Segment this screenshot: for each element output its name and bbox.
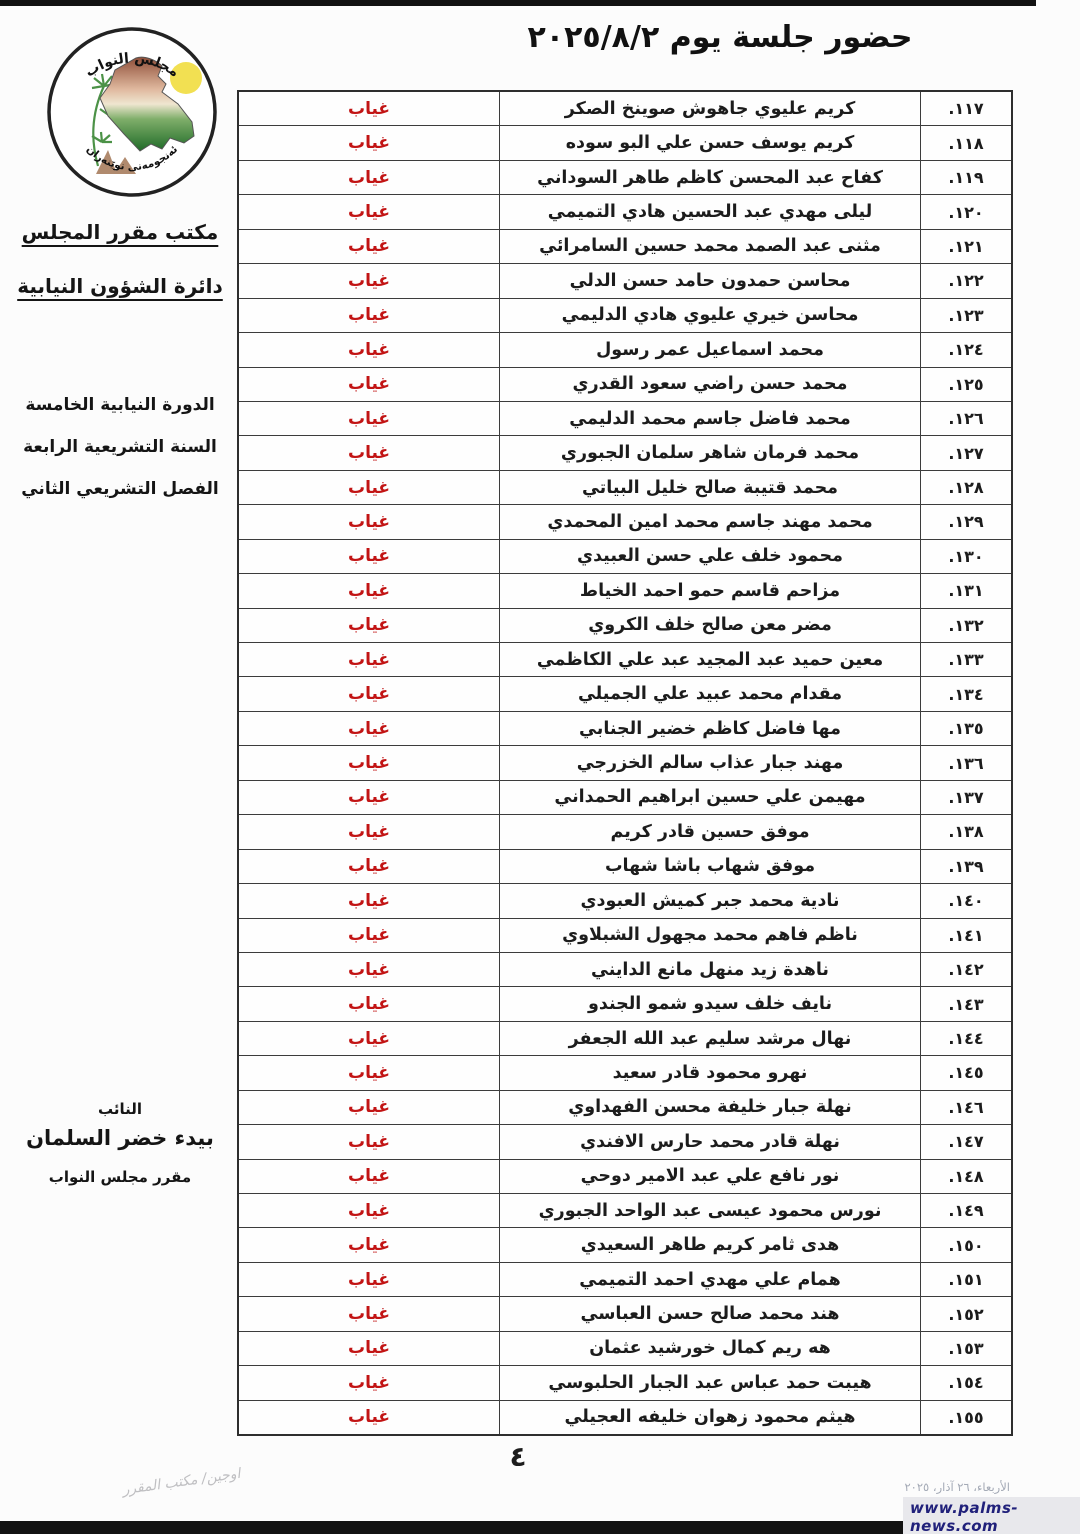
news-site-watermark: www.palms-news.com [903,1497,1080,1534]
row-number: ١٣٦. [920,746,1011,779]
attendance-status: غياب [239,402,499,435]
member-name: هه ريم كمال خورشيد عثمان [499,1332,920,1365]
table-row: ١٤٤. نهال مرشد سليم عبد الله الجعفر غياب [239,1022,1011,1056]
attendance-status: غياب [239,1263,499,1296]
member-name: مقدام محمد عبيد علي الجميلي [499,677,920,710]
legislative-chapter-label: الفصل التشريعي الثاني [5,474,235,516]
member-name: محاسن خيري عليوي هادي الدليمي [499,299,920,332]
table-row: ١٤٨. نور نافع علي عبد الامير دوحي غياب [239,1160,1011,1194]
member-name: معين حميد عبد المجيد عبد علي الكاظمي [499,643,920,676]
parliamentary-term-label: الدورة النيابية الخامسة [5,390,235,432]
row-number: ١٥١. [920,1263,1011,1296]
attendance-status: غياب [239,1228,499,1261]
attendance-status: غياب [239,299,499,332]
member-name: مهند جبار عذاب سالم الخزرجي [499,746,920,779]
attendance-status: غياب [239,92,499,125]
attendance-status: غياب [239,746,499,779]
attendance-status: غياب [239,815,499,848]
row-number: ١٢١. [920,230,1011,263]
member-name: نهرو محمود قادر سعيد [499,1056,920,1089]
table-row: ١٢٥. محمد حسن راضي سعود القدري غياب [239,368,1011,402]
handwritten-note: اوجين/ مكتب المقرر [121,1466,241,1498]
attendance-table: ١١٧. كريم عليوي جاهوش صوينخ الصكر غياب ١… [237,90,1013,1436]
row-number: ١٢٠. [920,195,1011,228]
member-name: مضر معن صالح خلف الكروي [499,609,920,642]
table-row: ١٣٦. مهند جبار عذاب سالم الخزرجي غياب [239,746,1011,780]
attendance-status: غياب [239,609,499,642]
row-number: ١٤٤. [920,1022,1011,1055]
table-row: ١٥٣. هه ريم كمال خورشيد عثمان غياب [239,1332,1011,1366]
attendance-status: غياب [239,264,499,297]
table-row: ١٥٥. هيثم محمود زهوان خليفه العجيلي غياب [239,1401,1011,1434]
page-number: ٤ [478,1440,558,1473]
row-number: ١٢٦. [920,402,1011,435]
member-name: نهلة قادر محمد حارس الافندي [499,1125,920,1158]
table-row: ١٣٧. مهيمن علي حسين ابراهيم الحمداني غيا… [239,781,1011,815]
row-number: ١٣٩. [920,850,1011,883]
member-name: محمود خلف علي حسن العبيدي [499,540,920,573]
member-name: نهال مرشد سليم عبد الله الجعفر [499,1022,920,1055]
row-number: ١٢٥. [920,368,1011,401]
member-name: ليلى مهدي عبد الحسين هادي التميمي [499,195,920,228]
attendance-status: غياب [239,1366,499,1399]
member-name: مزاحم قاسم حمو احمد الخياط [499,574,920,607]
member-name: ناظم فاهم محمد مجهول الشبلاوي [499,919,920,952]
row-number: ١٢٨. [920,471,1011,504]
row-number: ١٤٧. [920,1125,1011,1158]
row-number: ١٥٢. [920,1297,1011,1330]
attendance-status: غياب [239,712,499,745]
table-row: ١٣١. مزاحم قاسم حمو احمد الخياط غياب [239,574,1011,608]
member-name: موفق حسين قادر كريم [499,815,920,848]
table-row: ١٤٣. نايف خلف سيدو شمو الجندو غياب [239,987,1011,1021]
attendance-status: غياب [239,1401,499,1434]
row-number: ١٤٩. [920,1194,1011,1227]
table-row: ١٢٧. محمد فرمان شاهر سلمان الجبوري غياب [239,436,1011,470]
attendance-status: غياب [239,1297,499,1330]
attendance-status: غياب [239,677,499,710]
table-row: ١٣٣. معين حميد عبد المجيد عبد علي الكاظم… [239,643,1011,677]
row-number: ١١٩. [920,161,1011,194]
member-name: نادية محمد جبر كميش العبودي [499,884,920,917]
member-name: هدى ثامر كريم طاهر السعيدي [499,1228,920,1261]
attendance-status: غياب [239,953,499,986]
member-name: محمد فرمان شاهر سلمان الجبوري [499,436,920,469]
table-row: ١٤٧. نهلة قادر محمد حارس الافندي غياب [239,1125,1011,1159]
attendance-status: غياب [239,230,499,263]
row-number: ١٣١. [920,574,1011,607]
table-row: ١٤٥. نهرو محمود قادر سعيد غياب [239,1056,1011,1090]
table-row: ١٥١. همام علي مهدي احمد التميمي غياب [239,1263,1011,1297]
row-number: ١٥٤. [920,1366,1011,1399]
attendance-status: غياب [239,1194,499,1227]
member-name: هند محمد صالح حسن العباسي [499,1297,920,1330]
attendance-status: غياب [239,1091,499,1124]
table-row: ١٢٤. محمد اسماعيل عمر رسول غياب [239,333,1011,367]
row-number: ١٤٨. [920,1160,1011,1193]
scan-date-note: الأربعاء، ٢٦ آذار، ٢٠٢٥ [904,1480,1010,1494]
attendance-status: غياب [239,333,499,366]
member-name: نايف خلف سيدو شمو الجندو [499,987,920,1020]
attendance-status: غياب [239,1056,499,1089]
table-row: ١١٨. كريم يوسف حسن علي البو سوده غياب [239,126,1011,160]
attendance-status: غياب [239,368,499,401]
member-name: هيبت حمد عباس عبد الجبار الحلبوسي [499,1366,920,1399]
table-row: ١٣٥. مها فاضل كاظم خضير الجنابي غياب [239,712,1011,746]
member-name: محمد اسماعيل عمر رسول [499,333,920,366]
attendance-status: غياب [239,781,499,814]
row-number: ١٣٤. [920,677,1011,710]
attendance-status: غياب [239,850,499,883]
legislative-year-label: السنة التشريعية الرابعة [5,432,235,474]
table-row: ١٢٠. ليلى مهدي عبد الحسين هادي التميمي غ… [239,195,1011,229]
scanned-attendance-document: { "header": { "title": "حضور جلسة يوم ٢٠… [0,0,1080,1534]
table-row: ١٣٩. موفق شهاب باشا شهاب غياب [239,850,1011,884]
table-row: ١٣٠. محمود خلف علي حسن العبيدي غياب [239,540,1011,574]
attendance-status: غياب [239,195,499,228]
table-row: ١٣٢. مضر معن صالح خلف الكروي غياب [239,609,1011,643]
attendance-status: غياب [239,1332,499,1365]
table-row: ١٤٩. نورس محمود عيسى عبد الواحد الجبوري … [239,1194,1011,1228]
parliament-logo-icon: مجلس النواب ئه‌نجومه‌نی نوێنه‌ران [44,24,220,200]
attendance-status: غياب [239,436,499,469]
row-number: ١٣٥. [920,712,1011,745]
row-number: ١٢٣. [920,299,1011,332]
table-row: ١٤٢. ناهدة زيد منهل مانع الدايني غياب [239,953,1011,987]
row-number: ١٥٣. [920,1332,1011,1365]
member-name: كريم يوسف حسن علي البو سوده [499,126,920,159]
member-name: محمد حسن راضي سعود القدري [499,368,920,401]
member-name: مهيمن علي حسين ابراهيم الحمداني [499,781,920,814]
row-number: ١٣٢. [920,609,1011,642]
table-row: ١٥٤. هيبت حمد عباس عبد الجبار الحلبوسي غ… [239,1366,1011,1400]
row-number: ١٤٠. [920,884,1011,917]
row-number: ١٣٨. [920,815,1011,848]
table-row: ١١٩. كفاح عبد المحسن كاظم طاهر السوداني … [239,161,1011,195]
attendance-status: غياب [239,1160,499,1193]
member-name: مها فاضل كاظم خضير الجنابي [499,712,920,745]
table-row: ١٢٩. محمد مهند جاسم محمد امين المحمدي غي… [239,505,1011,539]
row-number: ١٢٤. [920,333,1011,366]
row-number: ١٤٦. [920,1091,1011,1124]
table-row: ١٥٢. هند محمد صالح حسن العباسي غياب [239,1297,1011,1331]
attendance-status: غياب [239,919,499,952]
member-name: هيثم محمود زهوان خليفه العجيلي [499,1401,920,1434]
row-number: ١١٨. [920,126,1011,159]
attendance-status: غياب [239,1125,499,1158]
row-number: ١٣٧. [920,781,1011,814]
row-number: ١٤١. [920,919,1011,952]
member-name: ناهدة زيد منهل مانع الدايني [499,953,920,986]
attendance-status: غياب [239,884,499,917]
member-name: محمد فاضل جاسم محمد الدليمي [499,402,920,435]
attendance-status: غياب [239,471,499,504]
row-number: ١٢٧. [920,436,1011,469]
table-row: ١٣٨. موفق حسين قادر كريم غياب [239,815,1011,849]
row-number: ١٣٣. [920,643,1011,676]
row-number: ١٥٠. [920,1228,1011,1261]
table-row: ١٢٢. محاسن حمدون حامد حسن الدلي غياب [239,264,1011,298]
attendance-status: غياب [239,505,499,538]
table-row: ١١٧. كريم عليوي جاهوش صوينخ الصكر غياب [239,92,1011,126]
attendance-status: غياب [239,126,499,159]
row-number: ١٣٠. [920,540,1011,573]
member-name: كفاح عبد المحسن كاظم طاهر السوداني [499,161,920,194]
attendance-status: غياب [239,574,499,607]
table-row: ١٢٣. محاسن خيري عليوي هادي الدليمي غياب [239,299,1011,333]
page-title: حضور جلسة يوم ٢٠٢٥/٨/٢ [440,20,1000,55]
parliamentary-affairs-dept-label: دائرة الشؤون النيابية [5,274,235,298]
member-name: مثنى عبد الصمد محمد حسين السامرائي [499,230,920,263]
member-name: نور نافع علي عبد الامير دوحي [499,1160,920,1193]
member-name: محمد قتيبة صالح خليل البياتي [499,471,920,504]
member-name: كريم عليوي جاهوش صوينخ الصكر [499,92,920,125]
attendance-status: غياب [239,987,499,1020]
signatory-role: مقرر مجلس النواب [5,1168,235,1186]
signatory-title: النائب [5,1100,235,1118]
attendance-status: غياب [239,643,499,676]
table-row: ١٤١. ناظم فاهم محمد مجهول الشبلاوي غياب [239,919,1011,953]
row-number: ١٢٩. [920,505,1011,538]
member-name: محاسن حمدون حامد حسن الدلي [499,264,920,297]
member-name: همام علي مهدي احمد التميمي [499,1263,920,1296]
top-scan-bar [0,0,1036,6]
attendance-status: غياب [239,540,499,573]
table-row: ١٢٨. محمد قتيبة صالح خليل البياتي غياب [239,471,1011,505]
office-of-rapporteur-label: مكتب مقرر المجلس [5,220,235,244]
table-row: ١٥٠. هدى ثامر كريم طاهر السعيدي غياب [239,1228,1011,1262]
table-row: ١٣٤. مقدام محمد عبيد علي الجميلي غياب [239,677,1011,711]
row-number: ١٥٥. [920,1401,1011,1434]
member-name: نهلة جبار خليفة محسن الفهداوي [499,1091,920,1124]
row-number: ١١٧. [920,92,1011,125]
session-info-block: الدورة النيابية الخامسة السنة التشريعية … [5,390,235,516]
member-name: محمد مهند جاسم محمد امين المحمدي [499,505,920,538]
row-number: ١٤٣. [920,987,1011,1020]
row-number: ١٤٢. [920,953,1011,986]
table-row: ١٢١. مثنى عبد الصمد محمد حسين السامرائي … [239,230,1011,264]
row-number: ١٤٥. [920,1056,1011,1089]
attendance-status: غياب [239,1022,499,1055]
member-name: نورس محمود عيسى عبد الواحد الجبوري [499,1194,920,1227]
table-row: ١٢٦. محمد فاضل جاسم محمد الدليمي غياب [239,402,1011,436]
row-number: ١٢٢. [920,264,1011,297]
signatory-name: بيدء خضر السلمان [5,1126,235,1150]
member-name: موفق شهاب باشا شهاب [499,850,920,883]
table-row: ١٤٠. نادية محمد جبر كميش العبودي غياب [239,884,1011,918]
table-row: ١٤٦. نهلة جبار خليفة محسن الفهداوي غياب [239,1091,1011,1125]
attendance-status: غياب [239,161,499,194]
